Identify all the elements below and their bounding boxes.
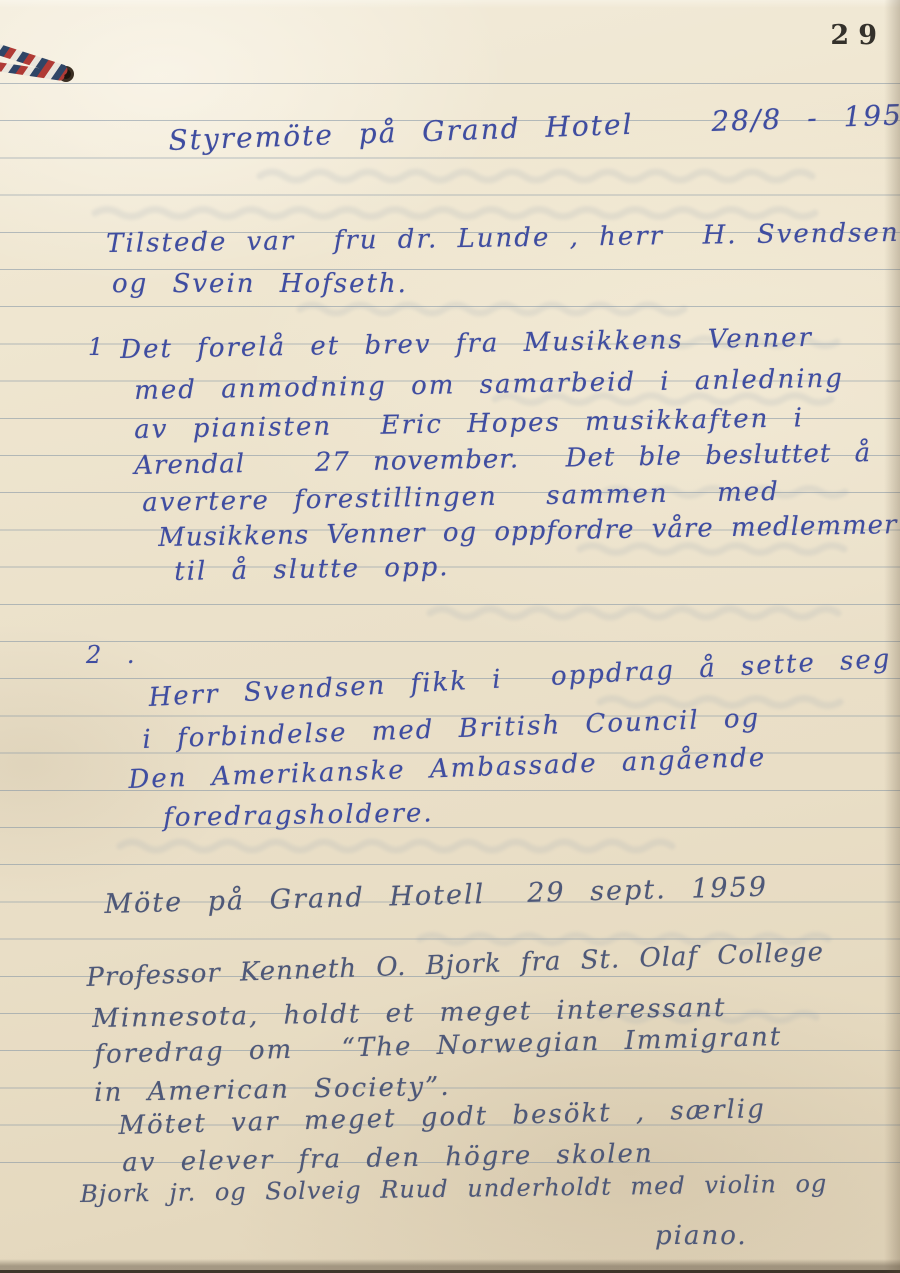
meeting2-line-4: in American Society”. [94, 1073, 451, 1108]
meeting2-line-6: av elever fra den högre skolen [122, 1140, 654, 1178]
item1-line-7: til å slutte opp. [174, 553, 450, 586]
page-number: 29 [830, 20, 886, 51]
minute-book-page: 29 Styremöte på Grand Hotel28/8 - 1959 T… [0, 0, 900, 1273]
item1-line-6: Musikkens Venner og oppfordre våre medle… [158, 511, 898, 552]
binding-cord-icon [0, 28, 95, 103]
meeting2-date: 29 sept. 1959 [527, 872, 769, 909]
item1-line-2: med anmodning om samarbeid i anledning [134, 365, 844, 406]
meeting2-line-8: piano. [655, 1222, 748, 1251]
item1-line-3: av pianisten Eric Hopes musikkaften i [134, 404, 804, 444]
item1-line-4: Arendal 27 november. Det ble besluttet å [134, 439, 871, 480]
meeting1-title: Styremöte på Grand Hotel [168, 108, 634, 157]
meeting2-line-1: Professor Kenneth O. Bjork fra St. Olaf … [86, 938, 824, 992]
meeting2-title: Möte på Grand Hotell [104, 879, 486, 920]
meeting1-date: 28/8 - 1959 [711, 98, 900, 138]
attendees-line-2: og Svein Hofseth. [112, 270, 408, 299]
heading-gap-2 [485, 902, 527, 903]
item1-number: 1 [88, 334, 105, 360]
item2-line-1: Herr Svendsen fikk i oppdrag å sette seg [148, 645, 892, 712]
meeting2-heading: Möte på Grand Hotell29 sept. 1959 [104, 873, 768, 920]
item2-line-4: foredragsholdere. [163, 799, 434, 832]
item1-line-5: avertere forestillingen sammen med [142, 478, 780, 518]
heading-gap [634, 131, 712, 134]
item1-line-1: Det forelå et brev fra Musikkens Venner [120, 324, 813, 365]
attendees-line-1: Tilstede var fru dr. Lunde , herr H. Sve… [106, 219, 900, 259]
item2-number: 2 . [86, 642, 137, 668]
meeting1-heading: Styremöte på Grand Hotel28/8 - 1959 [168, 100, 900, 157]
